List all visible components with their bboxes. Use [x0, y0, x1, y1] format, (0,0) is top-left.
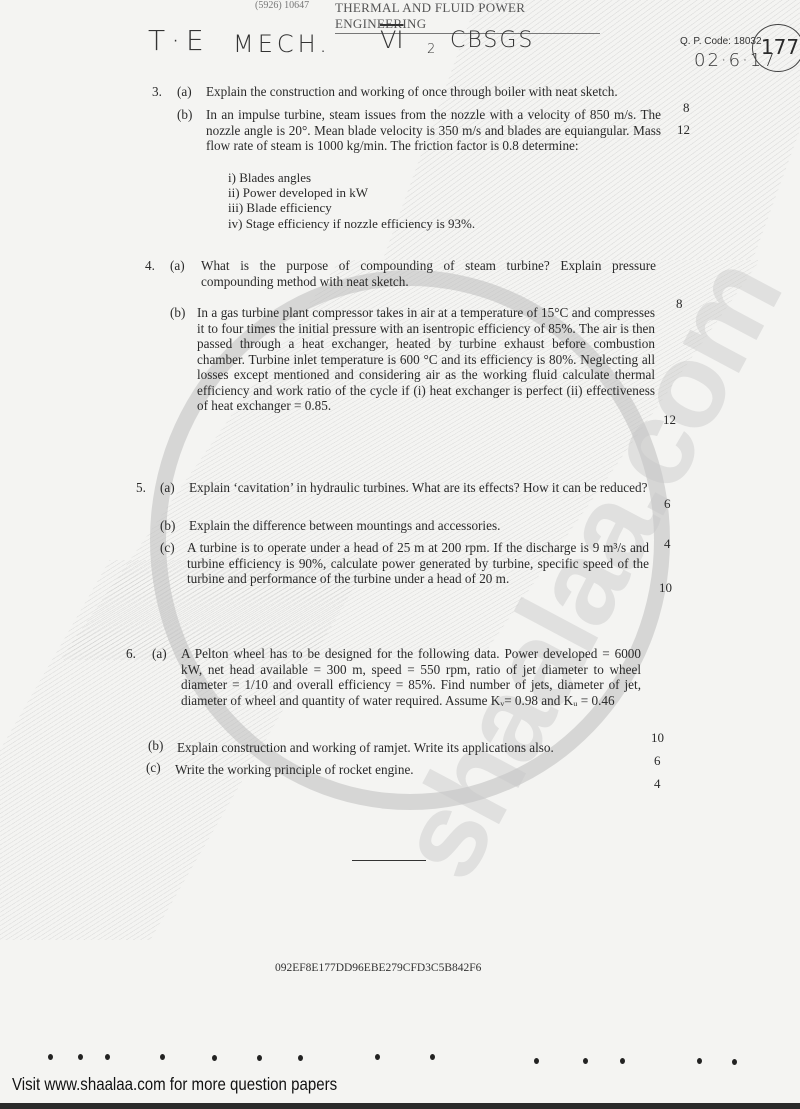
handwritten-branch: MECH.: [233, 30, 331, 58]
marks: 12: [677, 122, 690, 138]
document-hash-code: 092EF8E177DD96EBE279CFD3C5B842F6: [275, 962, 481, 974]
punch-hole-dots: [0, 1050, 800, 1064]
question-text: Explain the difference between mountings…: [189, 518, 649, 534]
part-label: (b): [177, 107, 192, 123]
question-number: 5.: [136, 480, 146, 496]
question-text: In a gas turbine plant compressor takes …: [197, 305, 655, 414]
question-text: A Pelton wheel has to be designed for th…: [181, 646, 641, 708]
part-label: (a): [152, 646, 167, 662]
handwritten-course: T·E: [148, 24, 210, 57]
question-number: 6.: [126, 646, 136, 662]
part-label: (a): [177, 84, 192, 100]
part-label: (c): [160, 540, 175, 556]
question-text: Explain the construction and working of …: [206, 84, 646, 100]
qp-code: Q. P. Code: 18032: [680, 36, 762, 47]
question-text: Explain ‘cavitation’ in hydraulic turbin…: [189, 480, 649, 496]
marks: 10: [651, 730, 664, 746]
shaalaa-footer-link[interactable]: Visit www.shaalaa.com for more question …: [12, 1074, 337, 1095]
marks: 8: [683, 100, 690, 116]
marks: 10: [659, 580, 672, 596]
question-text: A turbine is to operate under a head of …: [187, 540, 649, 587]
marks: 6: [654, 753, 661, 769]
header-paper-code: (5926) 10647: [255, 0, 309, 11]
handwritten-sub: 2: [427, 42, 435, 57]
question-text: Write the working principle of rocket en…: [175, 762, 635, 778]
marks: 6: [664, 496, 671, 512]
part-label: (c): [146, 760, 161, 776]
handwritten-semester: VI: [380, 26, 404, 54]
part-label: (b): [170, 305, 185, 321]
bottom-border: [0, 1103, 800, 1109]
sub-item: iv) Stage efficiency if nozzle efficienc…: [228, 216, 475, 231]
marks: 4: [654, 776, 661, 792]
part-label: (a): [160, 480, 175, 496]
exam-paper-page: shaalaa.com (5926) 10647 THERMAL AND FLU…: [0, 0, 800, 1109]
sub-item: iii) Blade efficiency: [228, 200, 332, 215]
part-label: (b): [160, 518, 175, 534]
question-text: In an impulse turbine, steam issues from…: [206, 107, 661, 154]
marks: 8: [676, 296, 683, 312]
question-number: 3.: [152, 84, 162, 100]
sub-item: ii) Power developed in kW: [228, 185, 368, 200]
question-text: What is the purpose of compounding of st…: [201, 258, 656, 289]
end-of-paper-rule: [352, 860, 426, 861]
handwritten-scheme: CBSGS: [450, 28, 534, 53]
page-number-circle: 177: [752, 24, 800, 72]
part-label: (b): [148, 738, 163, 754]
question-text: Explain construction and working of ramj…: [177, 740, 637, 756]
question-number: 4.: [145, 258, 155, 274]
sub-item: i) Blades angles: [228, 170, 311, 185]
part-label: (a): [170, 258, 185, 274]
marks: 4: [664, 536, 671, 552]
marks: 12: [663, 412, 676, 428]
